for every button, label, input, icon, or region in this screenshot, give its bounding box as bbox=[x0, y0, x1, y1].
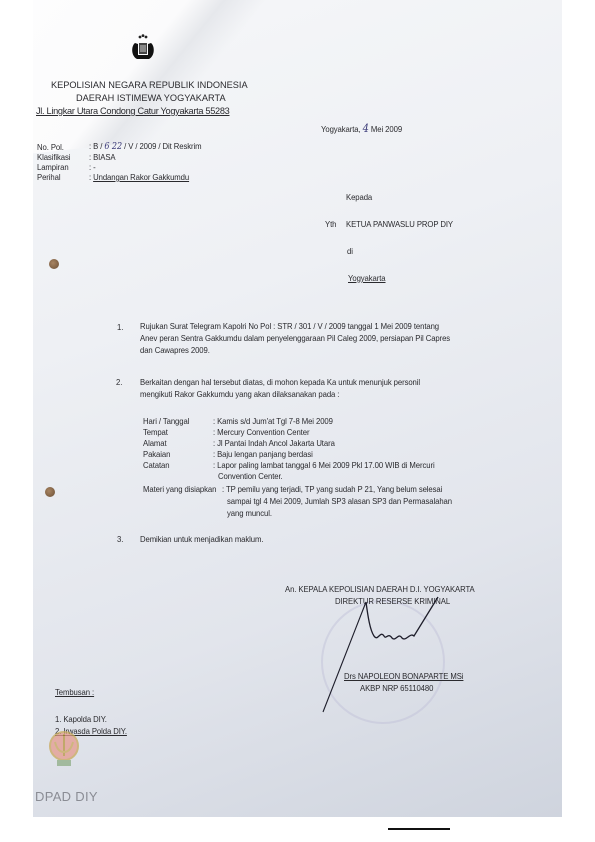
detail-label-catatan: Catatan bbox=[143, 460, 169, 470]
detail-label-tempat: Tempat bbox=[143, 427, 168, 437]
letterhead-line-2: DAERAH ISTIMEWA YOGYAKARTA bbox=[76, 93, 226, 103]
tembusan-title: Tembusan : bbox=[55, 687, 94, 697]
punch-hole bbox=[49, 259, 59, 269]
scanned-letter-page: KEPOLISIAN NEGARA REPUBLIK INDONESIA DAE… bbox=[33, 0, 562, 817]
signature-scribble bbox=[318, 592, 478, 717]
meta-label-perihal: Perihal bbox=[37, 172, 60, 182]
recipient-kepada: Kepada bbox=[346, 192, 372, 202]
paper-fold-shadow bbox=[33, 0, 326, 156]
meta-value-lampiran: : - bbox=[89, 162, 96, 172]
item-2-number: 2. bbox=[116, 377, 122, 387]
item-1-line-3: dan Cawapres 2009. bbox=[140, 345, 210, 355]
detail-label-pakaian: Pakaian bbox=[143, 449, 170, 459]
detail-label-alamat: Alamat bbox=[143, 438, 167, 448]
item-2-line-1: Berkaitan dengan hal tersebut diatas, di… bbox=[140, 377, 420, 387]
letterhead-line-1: KEPOLISIAN NEGARA REPUBLIK INDONESIA bbox=[51, 80, 248, 90]
detail-value-pakaian: : Baju lengan panjang berdasi bbox=[213, 449, 313, 459]
item-3-number: 3. bbox=[117, 534, 123, 544]
materi-line-3: yang muncul. bbox=[227, 508, 272, 518]
detail-value-hari: : Kamis s/d Jum'at Tgl 7-8 Mei 2009 bbox=[213, 416, 333, 426]
punch-hole bbox=[45, 487, 55, 497]
no-pol-handwritten: 6 22 bbox=[104, 142, 122, 152]
recipient-di: di bbox=[347, 246, 353, 256]
date-month-year: Mei 2009 bbox=[371, 124, 402, 134]
meta-value-perihal: : Undangan Rakor Gakkumdu bbox=[89, 172, 189, 182]
materi-line-1: : TP pemilu yang terjadi, TP yang sudah … bbox=[222, 484, 442, 494]
item-3-text: Demikian untuk menjadikan maklum. bbox=[140, 534, 263, 544]
no-pol-prefix: : B / bbox=[89, 141, 104, 151]
tembusan-item-1: 1. Kapolda DIY. bbox=[55, 714, 107, 724]
item-2-line-2: mengikuti Rakor Gakkumdu yang akan dilak… bbox=[140, 389, 339, 399]
recipient-yth: Yth bbox=[325, 219, 336, 229]
item-1-number: 1. bbox=[117, 322, 123, 332]
recipient-place: Yogyakarta bbox=[348, 273, 386, 283]
date-city: Yogyakarta, bbox=[321, 124, 361, 134]
perihal-subject: Undangan Rakor Gakkumdu bbox=[93, 172, 189, 182]
dpad-diy-emblem-icon bbox=[47, 730, 81, 768]
detail-value-alamat: : Jl Pantai Indah Ancol Jakarta Utara bbox=[213, 438, 335, 448]
detail-value-tempat: : Mercury Convention Center bbox=[213, 427, 309, 437]
footer-line bbox=[388, 828, 450, 830]
detail-value-catatan-cont: Convention Center. bbox=[218, 471, 283, 481]
letterhead-address: Jl. Lingkar Utara Condong Catur Yogyakar… bbox=[36, 106, 229, 116]
letter-date: Yogyakarta, 4 Mei 2009 bbox=[321, 122, 402, 135]
meta-label-lampiran: Lampiran bbox=[37, 162, 69, 172]
date-day-handwritten: 4 bbox=[363, 122, 369, 135]
no-pol-suffix: / V / 2009 / Dit Reskrim bbox=[122, 141, 201, 151]
police-emblem-icon bbox=[129, 34, 157, 62]
item-1-line-1: Rujukan Surat Telegram Kapolri No Pol : … bbox=[140, 321, 439, 331]
meta-value-no-pol: : B / 6 22 / V / 2009 / Dit Reskrim bbox=[89, 141, 201, 152]
meta-label-no-pol: No. Pol. bbox=[37, 142, 64, 152]
detail-value-catatan: : Lapor paling lambat tanggal 6 Mei 2009… bbox=[213, 460, 435, 470]
watermark-text: DPAD DIY bbox=[35, 789, 98, 804]
recipient-name: KETUA PANWASLU PROP DIY bbox=[346, 219, 453, 229]
materi-label: Materi yang disiapkan bbox=[143, 484, 216, 494]
materi-line-2: sampai tgl 4 Mei 2009, Jumlah SP3 alasan… bbox=[227, 496, 452, 506]
signatory-rank: AKBP NRP 65110480 bbox=[360, 683, 433, 693]
detail-label-hari: Hari / Tanggal bbox=[143, 416, 189, 426]
meta-value-klasifikasi: : BIASA bbox=[89, 152, 115, 162]
meta-label-klasifikasi: Klasifikasi bbox=[37, 152, 70, 162]
item-1-line-2: Anev peran Sentra Gakkumdu dalam penyele… bbox=[140, 333, 450, 343]
signatory-name: Drs NAPOLEON BONAPARTE MSi bbox=[344, 671, 463, 681]
